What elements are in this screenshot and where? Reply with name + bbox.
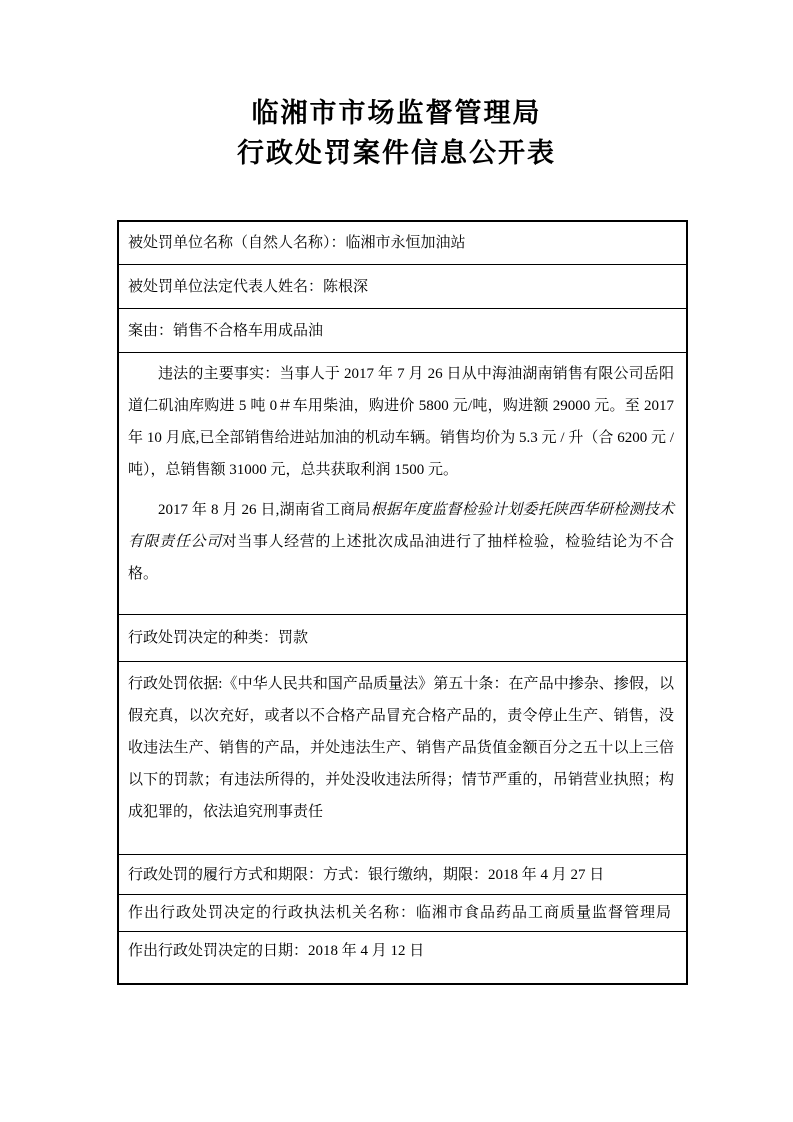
table-row-penalty-type: 行政处罚决定的种类：罚款 [119, 615, 686, 662]
table-row-case-cause: 案由：销售不合格车用成品油 [119, 309, 686, 353]
table-row-penalty-basis: 行政处罚依据:《中华人民共和国产品质量法》第五十条：在产品中掺杂、掺假，以假充真… [119, 662, 686, 855]
penalty-basis-text: 行政处罚依据:《中华人民共和国产品质量法》第五十条：在产品中掺杂、掺假，以假充真… [128, 676, 674, 820]
violation-facts-paragraph-2: 2017 年 8 月 26 日,湖南省工商局根据年度监督检验计划委托陕西华研检测… [128, 494, 674, 590]
execution-method-deadline-text: 行政处罚的履行方式和期限：方式：银行缴纳，期限：2018 年 4 月 27 日 [128, 864, 604, 886]
facts-p2-start-text: 2017 年 8 月 26 日,湖南省工商局 [158, 502, 371, 518]
table-row-execution-method-deadline: 行政处罚的履行方式和期限：方式：银行缴纳，期限：2018 年 4 月 27 日 [119, 855, 686, 895]
table-row-decision-authority: 作出行政处罚决定的行政执法机关名称：临湘市食品药品工商质量监督管理局 [119, 895, 686, 932]
violation-facts-paragraph-1: 违法的主要事实：当事人于 2017 年 7 月 26 日从中海油湖南销售有限公司… [128, 358, 674, 486]
penalty-info-table: 被处罚单位名称（自然人名称）：临湘市永恒加油站 被处罚单位法定代表人姓名：陈根深… [117, 220, 688, 985]
punished-unit-name-text: 被处罚单位名称（自然人名称）：临湘市永恒加油站 [128, 232, 466, 254]
case-cause-text: 案由：销售不合格车用成品油 [128, 320, 323, 342]
decision-date-text: 作出行政处罚决定的日期：2018 年 4 月 12 日 [128, 943, 424, 959]
table-row-decision-date: 作出行政处罚决定的日期：2018 年 4 月 12 日 [119, 932, 686, 983]
document-title-line2: 行政处罚案件信息公开表 [0, 133, 793, 173]
legal-representative-text: 被处罚单位法定代表人姓名：陈根深 [128, 276, 368, 298]
document-page: 临湘市市场监督管理局 行政处罚案件信息公开表 被处罚单位名称（自然人名称）：临湘… [0, 0, 793, 1122]
penalty-type-text: 行政处罚决定的种类：罚款 [128, 627, 308, 649]
table-row-punished-unit-name: 被处罚单位名称（自然人名称）：临湘市永恒加油站 [119, 222, 686, 265]
document-title-line1: 临湘市市场监督管理局 [0, 93, 793, 133]
table-row-violation-facts: 违法的主要事实：当事人于 2017 年 7 月 26 日从中海油湖南销售有限公司… [119, 353, 686, 615]
table-row-legal-representative: 被处罚单位法定代表人姓名：陈根深 [119, 265, 686, 309]
decision-authority-text: 作出行政处罚决定的行政执法机关名称：临湘市食品药品工商质量监督管理局 [128, 902, 672, 924]
document-header: 临湘市市场监督管理局 行政处罚案件信息公开表 [0, 93, 793, 173]
